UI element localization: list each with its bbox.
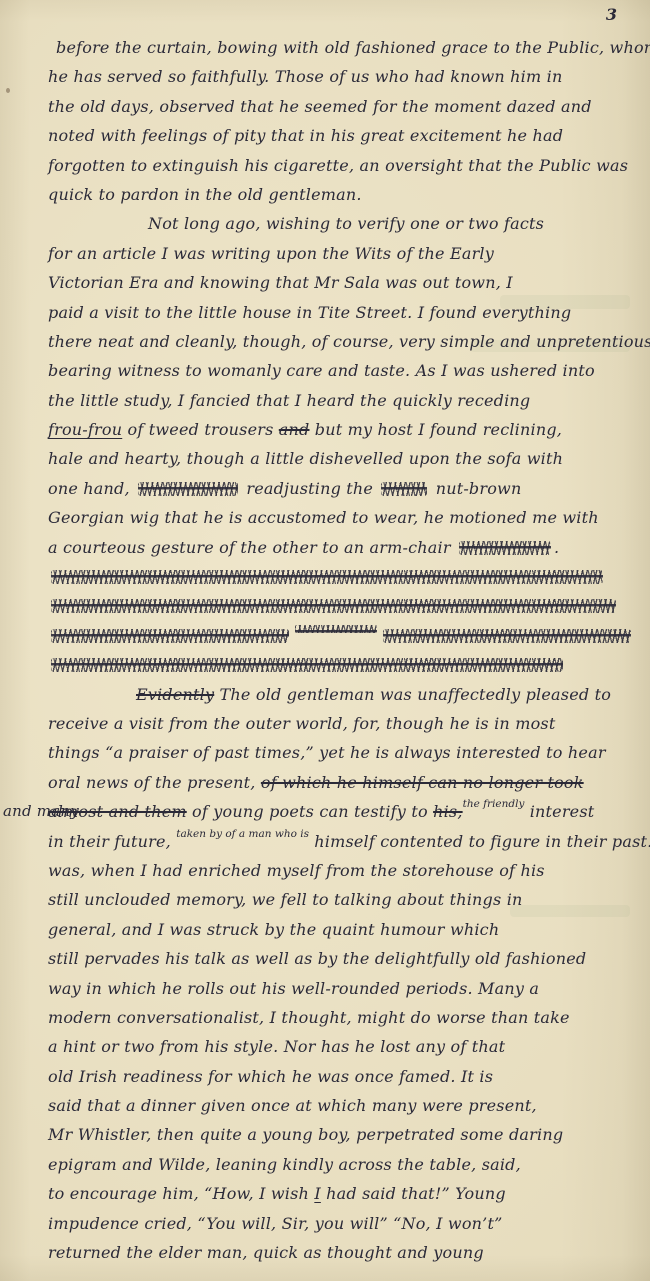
handwritten-text: one hand, — [48, 479, 135, 498]
manuscript-line: noted with feelings of pity that in his … — [48, 121, 632, 150]
margin-note: and many — [3, 797, 79, 826]
manuscript-line: a courteous gesture of the other to an a… — [48, 533, 632, 562]
manuscript-line: hale and hearty, though a little disheve… — [48, 444, 632, 473]
manuscript-line: oral news of the present, of which he hi… — [48, 768, 632, 797]
manuscript-line: way in which he rolls out his well-round… — [48, 974, 632, 1003]
handwritten-text: modern conversationalist, I thought, mig… — [48, 1008, 570, 1027]
handwritten-text: a courteous gesture of the other to an a… — [48, 538, 456, 557]
handwritten-text: way in which he rolls out his well-round… — [48, 979, 539, 998]
page-number: 3 — [606, 5, 617, 24]
handwritten-text: receive a visit from the outer world, fo… — [48, 714, 555, 733]
handwritten-text: the little study, I fancied that I heard… — [48, 391, 530, 410]
manuscript-line: Victorian Era and knowing that Mr Sala w… — [48, 268, 632, 297]
handwritten-text: in their future, — [48, 832, 176, 851]
handwritten-text: . — [554, 538, 559, 557]
handwritten-text: forgotten to extinguish his cigarette, a… — [48, 156, 628, 175]
handwritten-text: the old days, observed that he seemed fo… — [48, 97, 592, 116]
handwritten-text: Mr Whistler, then quite a young boy, per… — [48, 1125, 563, 1144]
manuscript-line — [48, 621, 632, 650]
manuscript-line: to encourage him, “How, I wish I had sai… — [48, 1179, 632, 1208]
manuscript-line: receive a visit from the outer world, fo… — [48, 709, 632, 738]
manuscript-line: still unclouded memory, we fell to talki… — [48, 885, 632, 914]
handwritten-text: oral news of the present, — [48, 773, 261, 792]
handwritten-text: returned the elder man, quick as thought… — [48, 1243, 484, 1262]
manuscript-line: old Irish readiness for which he was onc… — [48, 1062, 632, 1091]
struck-through-text: Evidently — [136, 685, 214, 704]
handwritten-text: bearing witness to womanly care and tast… — [48, 361, 595, 380]
manuscript-line: a hint or two from his style. Nor has he… — [48, 1032, 632, 1061]
handwritten-text: general, and I was struck by the quaint … — [48, 920, 499, 939]
handwritten-text: old Irish readiness for which he was onc… — [48, 1067, 493, 1086]
handwritten-text: was, when I had enriched myself from the… — [48, 861, 545, 880]
scribbled-out-illegible-text — [51, 629, 289, 643]
scribbled-out-illegible-text — [51, 570, 603, 584]
interline-insertion: the friendly — [463, 799, 525, 809]
handwritten-text: he has served so faithfully. Those of us… — [48, 67, 562, 86]
handwritten-text: epigram and Wilde, leaning kindly across… — [48, 1155, 521, 1174]
manuscript-line: Evidently The old gentleman was unaffect… — [48, 680, 632, 709]
struck-through-text: and — [279, 420, 310, 439]
handwritten-text: for an article I was writing upon the Wi… — [48, 244, 494, 263]
handwritten-text: of tweed trousers — [122, 420, 279, 439]
paper-speck — [6, 88, 10, 93]
handwritten-text: still pervades his talk as well as by th… — [48, 949, 586, 968]
struck-through-text: of which he himself can no longer took — [261, 773, 584, 792]
scribbled-out-illegible-text — [51, 658, 563, 672]
handwritten-text: noted with feelings of pity that in his … — [48, 126, 563, 145]
handwritten-text: paid a visit to the little house in Tite… — [48, 303, 571, 322]
manuscript-page: 3 before the curtain, bowing with old fa… — [0, 0, 650, 1281]
manuscript-line: paid a visit to the little house in Tite… — [48, 298, 632, 327]
handwritten-text: still unclouded memory, we fell to talki… — [48, 890, 523, 909]
handwritten-text: readjusting the — [241, 479, 378, 498]
manuscript-line: for an article I was writing upon the Wi… — [48, 239, 632, 268]
handwritten-text: before the curtain, bowing with old fash… — [56, 38, 650, 57]
scribbled-out-illegible-text — [295, 625, 377, 633]
manuscript-line: in their future, taken by of a man who i… — [48, 827, 632, 856]
scribbled-out-illegible-text — [459, 541, 551, 555]
manuscript-line: still pervades his talk as well as by th… — [48, 944, 632, 973]
manuscript-line: forgotten to extinguish his cigarette, a… — [48, 151, 632, 180]
manuscript-line: modern conversationalist, I thought, mig… — [48, 1003, 632, 1032]
scribbled-out-illegible-text — [51, 599, 616, 613]
handwritten-text: there neat and cleanly, though, of cours… — [48, 332, 650, 351]
handwritten-text: had said that!” Young — [321, 1184, 506, 1203]
manuscript-line: quick to pardon in the old gentleman. — [48, 180, 632, 209]
handwritten-text: things “a praiser of past times,” yet he… — [48, 743, 606, 762]
manuscript-line: the old days, observed that he seemed fo… — [48, 92, 632, 121]
handwritten-text: Victorian Era and knowing that Mr Sala w… — [48, 273, 513, 292]
underlined-text: frou-frou — [48, 420, 122, 439]
manuscript-line: impudence cried, “You will, Sir, you wil… — [48, 1209, 632, 1238]
manuscript-line: bearing witness to womanly care and tast… — [48, 356, 632, 385]
scribbled-out-illegible-text — [381, 482, 427, 496]
interline-insertion: taken by of a man who is — [176, 829, 309, 839]
handwritten-text: to encourage him, “How, I wish — [48, 1184, 314, 1203]
manuscript-line: Georgian wig that he is accustomed to we… — [48, 503, 632, 532]
handwritten-text: but my host I found reclining, — [309, 420, 562, 439]
manuscript-line — [48, 591, 632, 620]
manuscript-body: before the curtain, bowing with old fash… — [48, 33, 632, 1267]
manuscript-line: and manyalmost and them of young poets c… — [48, 797, 632, 826]
handwritten-text: quick to pardon in the old gentleman. — [48, 185, 362, 204]
handwritten-text: of young poets can testify to — [187, 802, 433, 821]
manuscript-line: was, when I had enriched myself from the… — [48, 856, 632, 885]
manuscript-line: he has served so faithfully. Those of us… — [48, 62, 632, 91]
handwritten-text: said that a dinner given once at which m… — [48, 1096, 537, 1115]
handwritten-text: nut-brown — [430, 479, 521, 498]
manuscript-line: Mr Whistler, then quite a young boy, per… — [48, 1120, 632, 1149]
manuscript-line: frou-frou of tweed trousers and but my h… — [48, 415, 632, 444]
manuscript-line: Not long ago, wishing to verify one or t… — [48, 209, 632, 238]
manuscript-line: returned the elder man, quick as thought… — [48, 1238, 632, 1267]
manuscript-line: there neat and cleanly, though, of cours… — [48, 327, 632, 356]
handwritten-text: himself contented to figure in their pas… — [309, 832, 650, 851]
handwritten-text: interest — [524, 802, 594, 821]
manuscript-line: before the curtain, bowing with old fash… — [48, 33, 632, 62]
manuscript-line: general, and I was struck by the quaint … — [48, 915, 632, 944]
scribbled-out-illegible-text — [138, 482, 238, 496]
handwritten-text: a hint or two from his style. Nor has he… — [48, 1037, 505, 1056]
handwritten-text: impudence cried, “You will, Sir, you wil… — [48, 1214, 502, 1233]
handwritten-text: hale and hearty, though a little disheve… — [48, 449, 563, 468]
handwritten-text: Georgian wig that he is accustomed to we… — [48, 508, 599, 527]
handwritten-text: Not long ago, wishing to verify one or t… — [148, 214, 544, 233]
manuscript-line: said that a dinner given once at which m… — [48, 1091, 632, 1120]
manuscript-line: the little study, I fancied that I heard… — [48, 386, 632, 415]
manuscript-line: things “a praiser of past times,” yet he… — [48, 738, 632, 767]
struck-through-text: his, — [433, 802, 463, 821]
scribbled-out-illegible-text — [383, 629, 631, 643]
manuscript-line — [48, 650, 632, 679]
manuscript-line: one hand, readjusting the nut-brown — [48, 474, 632, 503]
handwritten-text: The old gentleman was unaffectedly pleas… — [214, 685, 611, 704]
manuscript-line — [48, 562, 632, 591]
manuscript-line: epigram and Wilde, leaning kindly across… — [48, 1150, 632, 1179]
